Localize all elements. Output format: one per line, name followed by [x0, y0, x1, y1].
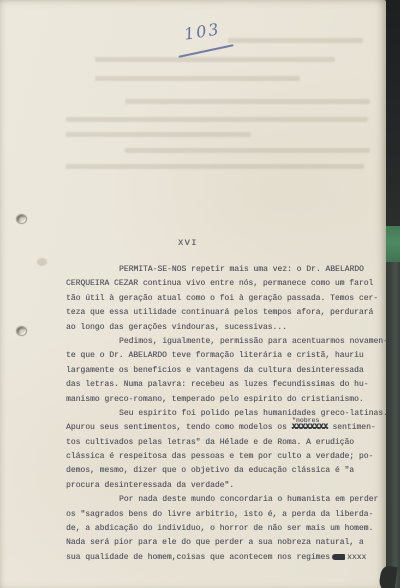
typed-line: Por nada deste mundo concordaria o human…: [66, 493, 382, 507]
typed-line: te que o Dr. ABELARDO teve formação lite…: [66, 349, 382, 363]
typed-line: teza que essa utilidade continuará pelos…: [66, 306, 382, 320]
typed-line: demos, mesmo, dizer que o objetivo da ed…: [66, 464, 382, 478]
punch-hole: [16, 214, 27, 224]
bleedthrough-line: [228, 38, 363, 43]
typed-line: PERMITA-SE-NOS repetir mais uma vez: o D…: [66, 263, 382, 277]
typed-line: tos cultivados pelas letras" da Hélade e…: [66, 436, 382, 450]
typed-line: procura desinteressada da verdade".: [66, 479, 382, 493]
typed-line: Apurou seus sentimentos, tendo como mode…: [66, 421, 382, 435]
struck-out-word: XXXXXXXX: [292, 423, 328, 432]
typed-line: de, a abdicação do individuo, o horror d…: [66, 522, 382, 536]
typed-line: ao longo das gerações vindouras, sucessi…: [66, 321, 382, 335]
typed-line: sua qualidade de homem,coisas que aconte…: [66, 551, 382, 565]
bleedthrough-line: [125, 99, 370, 104]
corner-shadow-blob: [378, 565, 397, 588]
binding-edge: [385, 0, 400, 588]
bleedthrough-line: [66, 117, 368, 122]
typed-line: os "sagrados bens do livre arbitrio, ist…: [66, 508, 382, 522]
chapter-heading: XVI: [178, 238, 198, 248]
typed-line: CERQUEIRA CEZAR continua vivo entre nós,…: [66, 277, 382, 291]
typed-text: xxxx: [347, 553, 366, 562]
typed-line: largamente os beneficios e vantagens da …: [66, 364, 382, 378]
binding-dark-bottom: [385, 262, 400, 588]
typed-line: manismo greco-romano, temperado pelo esp…: [66, 393, 382, 407]
typed-line: clássica é respeitosa das pessoas e tem …: [66, 450, 382, 464]
typed-line: Pedimos, igualmente, permissão para acen…: [66, 335, 382, 349]
binding-green-patch: [385, 226, 400, 262]
bleedthrough-line: [95, 57, 335, 62]
paper-blemish: [37, 258, 47, 266]
handwritten-underline: [178, 44, 233, 57]
handwritten-page-number: 103: [183, 19, 222, 43]
typed-line: tão útil à geração atual como o foi à ge…: [66, 292, 382, 306]
binding-dark-top: [385, 0, 400, 226]
typed-text: Apurou seus sentimentos, tendo como mode…: [66, 423, 292, 432]
bleedthrough-line: [125, 148, 370, 153]
typed-text: sua qualidade de homem,coisas que aconte…: [66, 553, 330, 562]
typed-line: das letras. Numa palavra: recebeu as luz…: [66, 378, 382, 392]
typed-lines: PERMITA-SE-NOS repetir mais uma vez: o D…: [66, 263, 382, 565]
document-page: 103 XVI PERMITA-SE-NOS repetir mais uma …: [0, 0, 386, 588]
ink-blot: [332, 554, 345, 560]
typed-line: Seu espirito foi polido pelas humanidade…: [66, 407, 382, 421]
typed-text: sentimen-: [328, 423, 376, 432]
punch-hole: [16, 326, 27, 336]
scanned-document-photo: 103 XVI PERMITA-SE-NOS repetir mais uma …: [0, 0, 400, 588]
bleedthrough-line: [66, 164, 364, 169]
bleedthrough-line: [66, 132, 251, 137]
typed-line: Nada será pior para ele do que perder a …: [66, 536, 382, 550]
typed-correction: "nobres: [292, 417, 319, 424]
bleedthrough-line: [95, 76, 300, 81]
